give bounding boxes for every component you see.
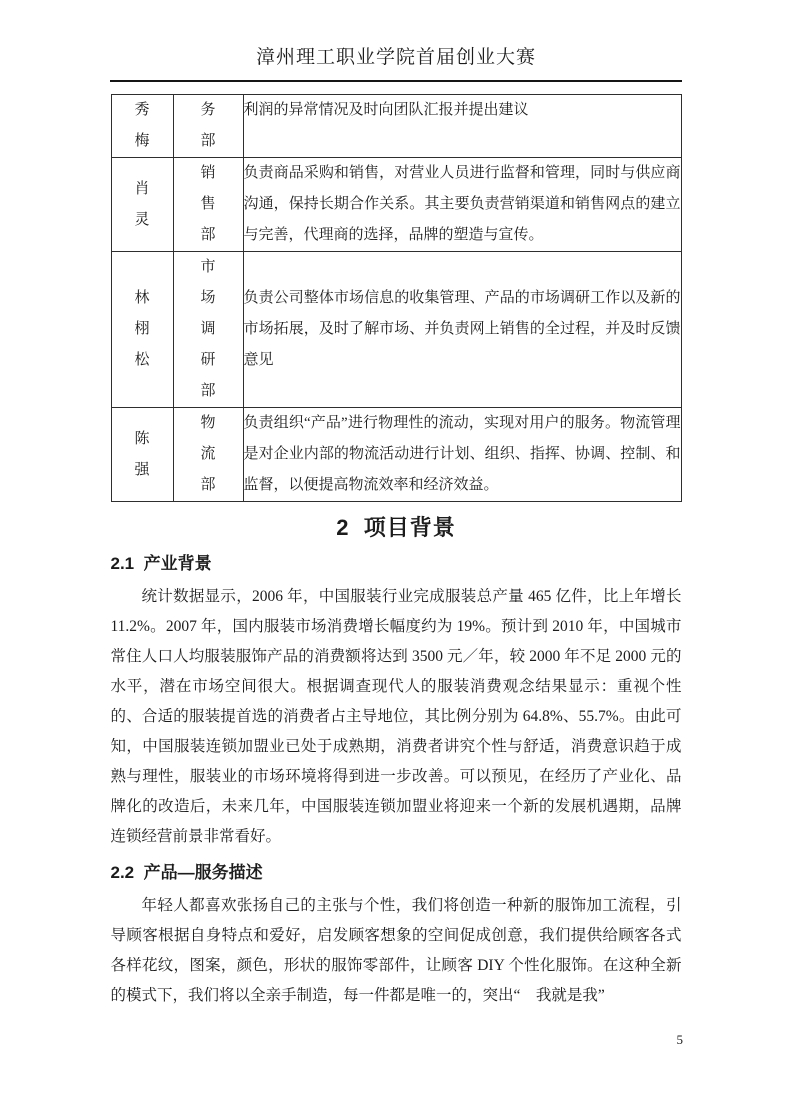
member-name-char: 陈 — [112, 424, 173, 455]
section-2-1-heading: 2.1 产业背景 — [111, 552, 682, 576]
member-dept-char: 场 — [174, 283, 243, 314]
member-duty-cell: 负责公司整体市场信息的收集管理、产品的市场调研工作以及新的市场拓展，及时了解市场… — [243, 252, 681, 408]
member-duty-cell: 负责组织“产品”进行物理性的流动，实现对用户的服务。物流管理是对企业内部的物流活… — [243, 408, 681, 502]
member-dept-char: 物 — [174, 408, 243, 439]
member-dept-cell: 务部 — [173, 95, 243, 158]
content-area: 秀梅务部利润的异常情况及时向团队汇报并提出建议肖灵销售部负责商品采购和销售，对营… — [111, 94, 682, 1011]
document-page: 漳州理工职业学院首届创业大赛 秀梅务部利润的异常情况及时向团队汇报并提出建议肖灵… — [0, 0, 792, 1120]
member-name-char: 灵 — [112, 205, 173, 236]
member-name-cell: 陈强 — [111, 408, 173, 502]
member-name-char: 栩 — [112, 314, 173, 345]
member-dept-cell: 物流部 — [173, 408, 243, 502]
member-name-char: 松 — [112, 345, 173, 376]
page-number: 5 — [677, 1032, 684, 1048]
member-name-char: 梅 — [112, 126, 173, 157]
member-dept-char: 市 — [174, 252, 243, 283]
header-rule — [110, 80, 682, 82]
member-dept-cell: 市场调研部 — [173, 252, 243, 408]
chapter-heading: 2 项目背景 — [111, 513, 682, 543]
member-dept-char: 调 — [174, 314, 243, 345]
member-dept-char: 部 — [174, 220, 243, 251]
member-dept-char: 务 — [174, 95, 243, 126]
team-table: 秀梅务部利润的异常情况及时向团队汇报并提出建议肖灵销售部负责商品采购和销售，对营… — [111, 94, 682, 502]
team-table-body: 秀梅务部利润的异常情况及时向团队汇报并提出建议肖灵销售部负责商品采购和销售，对营… — [111, 95, 681, 502]
member-dept-char: 部 — [174, 126, 243, 157]
member-name-char: 肖 — [112, 174, 173, 205]
member-dept-char: 研 — [174, 345, 243, 376]
member-dept-char: 部 — [174, 376, 243, 407]
member-name-cell: 林栩松 — [111, 252, 173, 408]
team-table-row: 林栩松市场调研部负责公司整体市场信息的收集管理、产品的市场调研工作以及新的市场拓… — [111, 252, 681, 408]
team-table-row: 陈强物流部负责组织“产品”进行物理性的流动，实现对用户的服务。物流管理是对企业内… — [111, 408, 681, 502]
team-table-row: 肖灵销售部负责商品采购和销售，对营业人员进行监督和管理，同时与供应商沟通，保持长… — [111, 158, 681, 252]
section-2-2-heading: 2.2 产品—服务描述 — [111, 861, 682, 885]
member-dept-char: 流 — [174, 439, 243, 470]
section-2-1-body: 统计数据显示，2006 年，中国服装行业完成服装总产量 465 亿件，比上年增长… — [111, 582, 682, 852]
doc-header-title: 漳州理工职业学院首届创业大赛 — [0, 0, 792, 70]
member-duty-cell: 负责商品采购和销售，对营业人员进行监督和管理，同时与供应商沟通，保持长期合作关系… — [243, 158, 681, 252]
member-dept-char: 部 — [174, 470, 243, 501]
member-name-char: 强 — [112, 455, 173, 486]
member-dept-cell: 销售部 — [173, 158, 243, 252]
member-dept-char: 销 — [174, 158, 243, 189]
member-dept-char: 售 — [174, 189, 243, 220]
member-name-cell: 秀梅 — [111, 95, 173, 158]
member-name-char: 秀 — [112, 95, 173, 126]
member-name-char: 林 — [112, 283, 173, 314]
member-duty-cell: 利润的异常情况及时向团队汇报并提出建议 — [243, 95, 681, 158]
section-2-2-body: 年轻人都喜欢张扬自己的主张与个性，我们将创造一种新的服饰加工流程，引导顾客根据自… — [111, 891, 682, 1011]
member-name-cell: 肖灵 — [111, 158, 173, 252]
team-table-row: 秀梅务部利润的异常情况及时向团队汇报并提出建议 — [111, 95, 681, 158]
